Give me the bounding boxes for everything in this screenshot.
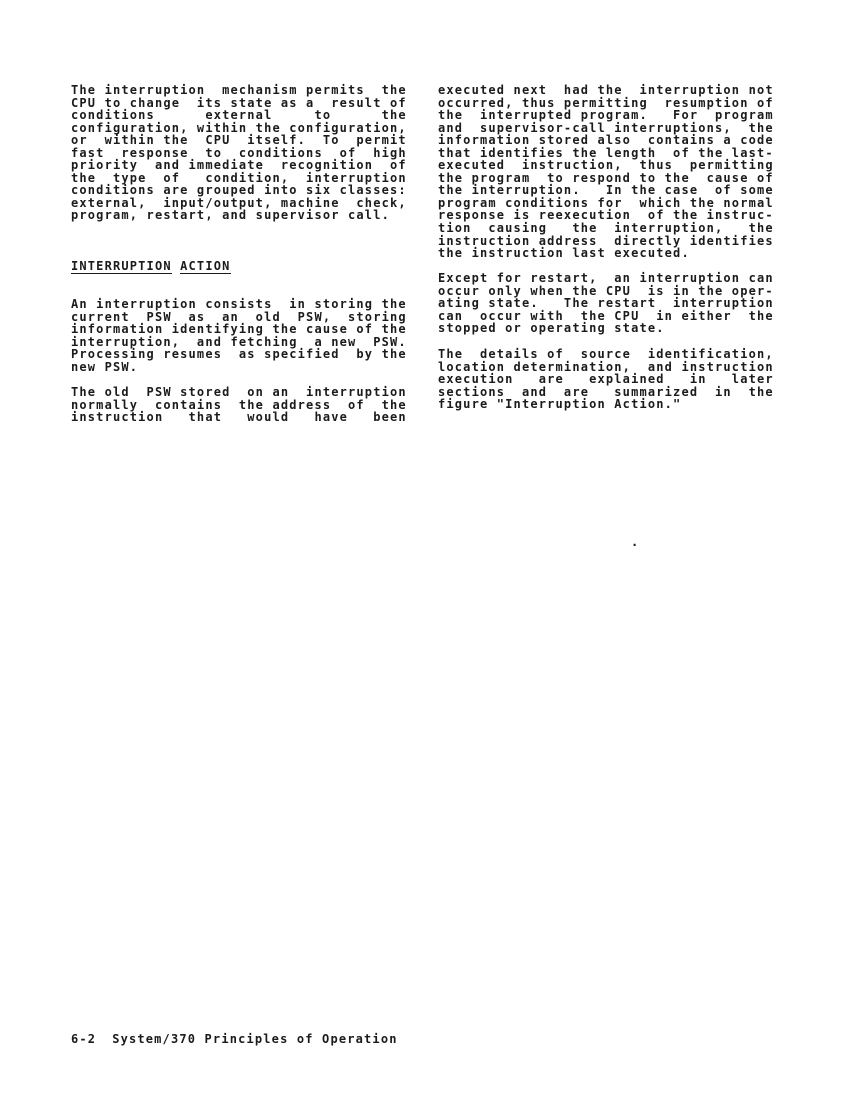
right-column-paragraph-continuation: executed next had the interruption not o… — [438, 84, 774, 260]
document-page: The interruption mechanism permits the C… — [0, 0, 849, 1100]
left-column-paragraph-action: An interruption consists in storing the … — [71, 298, 407, 373]
right-column-paragraph-details: The details of source identification, lo… — [438, 348, 774, 411]
book-title: System/370 Principles of Operation — [112, 1032, 397, 1046]
right-column-paragraph-restart: Except for restart, an interruption can … — [438, 272, 774, 335]
page-footer: 6-2System/370 Principles of Operation — [71, 1033, 398, 1046]
stray-mark: . — [631, 536, 638, 549]
left-column-paragraph-old-psw: The old PSW stored on an interruption no… — [71, 386, 407, 424]
section-heading-word-1: INTERRUPTION — [71, 259, 172, 274]
section-heading: INTERRUPTIONACTION — [71, 260, 231, 273]
section-heading-word-2: ACTION — [180, 259, 230, 274]
left-column-paragraph-intro: The interruption mechanism permits the C… — [71, 84, 407, 222]
page-number: 6-2 — [71, 1032, 96, 1046]
